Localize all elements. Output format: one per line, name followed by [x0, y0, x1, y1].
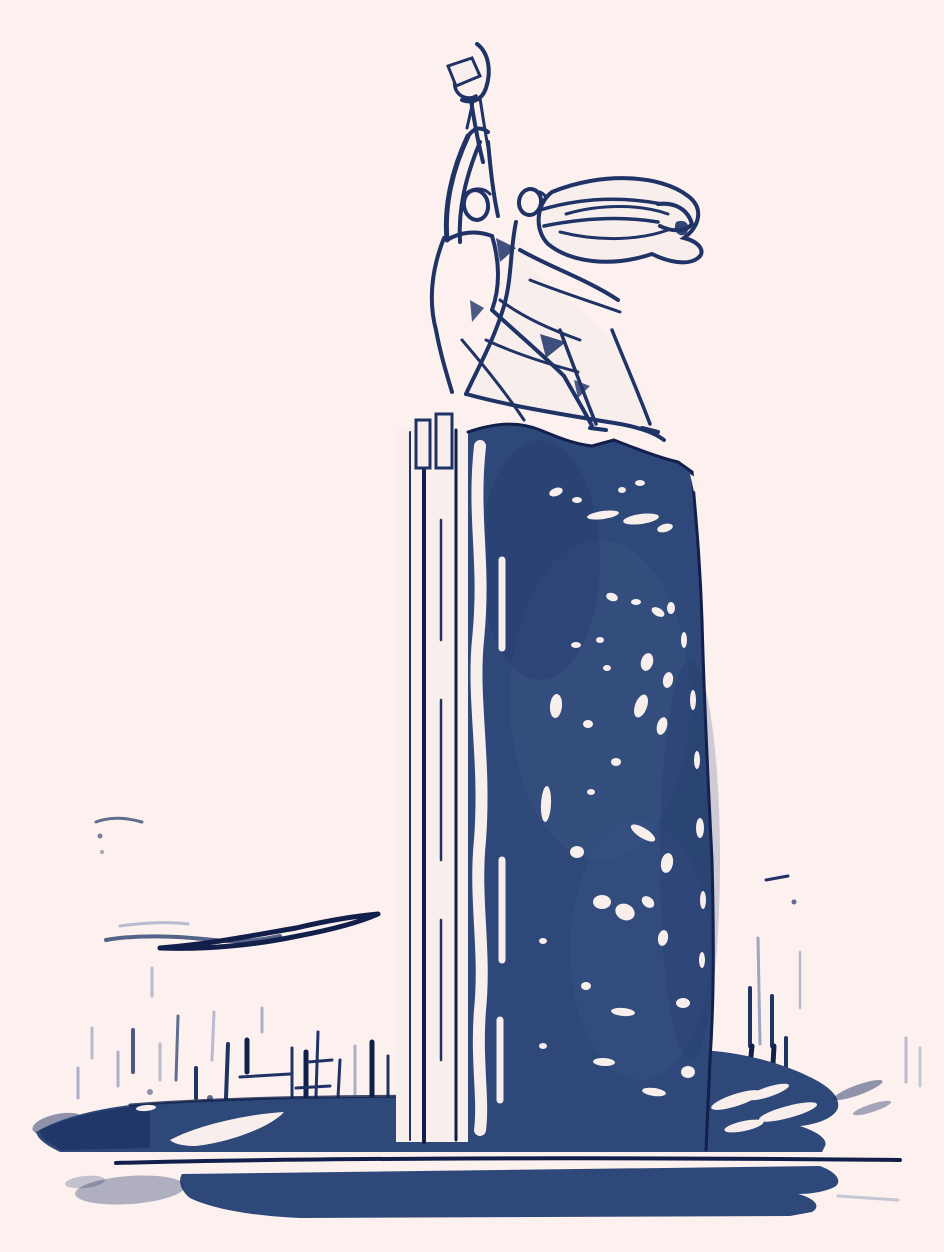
scarf-and-arm [539, 178, 702, 262]
illustration-canvas [0, 0, 944, 1252]
monument-sketch [0, 0, 944, 1252]
tower-mass [468, 424, 720, 1150]
pylon-stripes [396, 414, 470, 1142]
